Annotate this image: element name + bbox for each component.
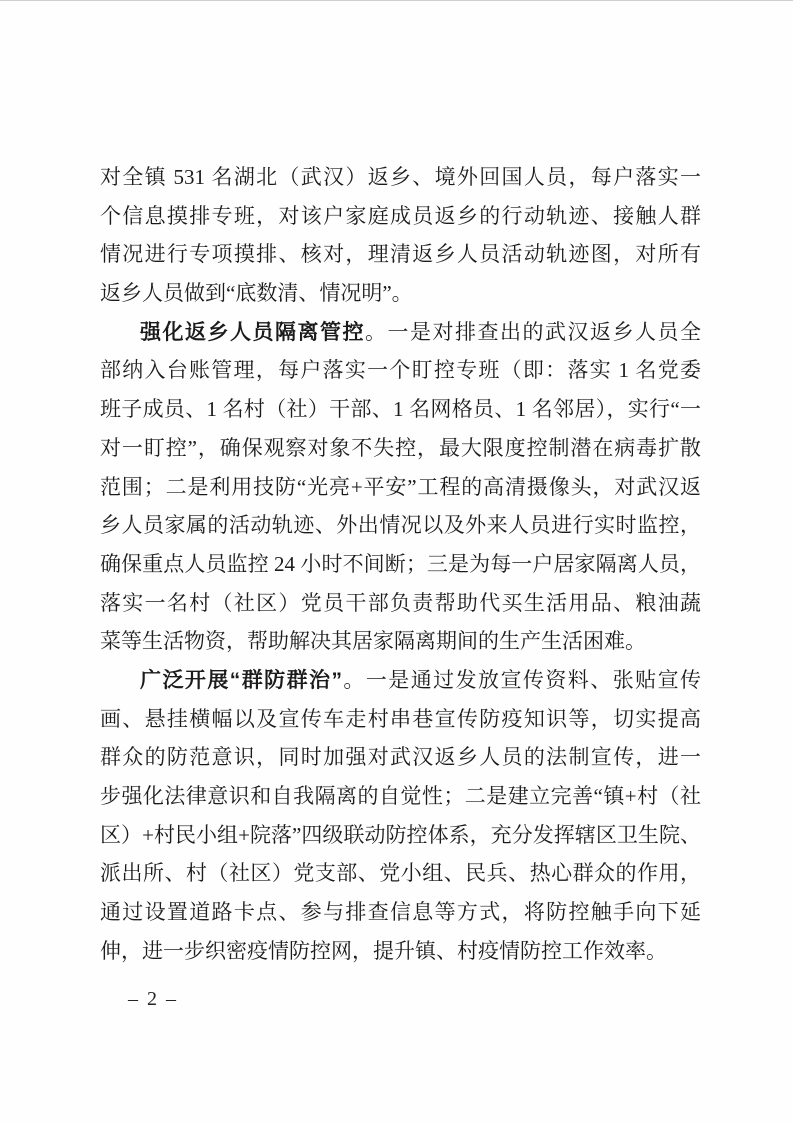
text-line: 强化返乡人员隔离管控。一是对排查出的武汉返乡人员全 (100, 313, 701, 352)
text-line: 步强化法律意识和自我隔离的自觉性；二是建立完善“镇+村（社 (100, 777, 701, 816)
text-line: 画、悬挂横幅以及宣传车走村串巷宣传防疫知识等，切实提高 (100, 700, 701, 739)
text-line: 对一盯控”，确保观察对象不失控，最大限度控制潜在病毒扩散 (100, 429, 701, 468)
text-line: 广泛开展“群防群治”。一是通过发放宣传资料、张贴宣传 (100, 661, 701, 700)
paragraph-heading-bold: 广泛开展“群防群治” (140, 669, 342, 692)
text-line: 对全镇 531 名湖北（武汉）返乡、境外回国人员，每户落实一 (100, 158, 701, 197)
text-line: 确保重点人员监控 24 小时不间断；三是为每一户居家隔离人员， (100, 545, 701, 584)
text-line: 返乡人员做到“底数清、情况明”。 (100, 274, 701, 313)
document-body: 对全镇 531 名湖北（武汉）返乡、境外回国人员，每户落实一 个信息摸排专班，对… (100, 158, 701, 970)
text-line: 情况进行专项摸排、核对，理清返乡人员活动轨迹图，对所有 (100, 235, 701, 274)
text-line: 落实一名村（社区）党员干部负责帮助代买生活用品、粮油蔬 (100, 584, 701, 623)
page-number: – 2 – (128, 988, 178, 1011)
text-line: 班子成员、1 名村（社）干部、1 名网格员、1 名邻居），实行“一 (100, 390, 701, 429)
document-page: 对全镇 531 名湖北（武汉）返乡、境外回国人员，每户落实一 个信息摸排专班，对… (0, 0, 793, 1122)
text-line: 范围；二是利用技防“光亮+平安”工程的高清摄像头，对武汉返 (100, 468, 701, 507)
text-line: 区）+村民小组+院落”四级联动防控体系，充分发挥辖区卫生院、 (100, 816, 701, 855)
text-line: 通过设置道路卡点、参与排查信息等方式，将防控触手向下延 (100, 893, 701, 932)
text-line: 部纳入台账管理，每户落实一个盯控专班（即：落实 1 名党委 (100, 351, 701, 390)
text-run: 。一是对排查出的武汉返乡人员全 (365, 320, 701, 344)
text-run: 。一是通过发放宣传资料、张贴宣传 (342, 668, 701, 692)
text-line: 派出所、村（社区）党支部、党小组、民兵、热心群众的作用， (100, 854, 701, 893)
paragraph-heading-bold: 强化返乡人员隔离管控 (140, 321, 365, 344)
scan-edge-line (0, 0, 793, 1)
text-line: 个信息摸排专班，对该户家庭成员返乡的行动轨迹、接触人群 (100, 197, 701, 236)
text-line: 乡人员家属的活动轨迹、外出情况以及外来人员进行实时监控， (100, 506, 701, 545)
text-line: 伸，进一步织密疫情防控网，提升镇、村疫情防控工作效率。 (100, 932, 701, 971)
text-line: 菜等生活物资，帮助解决其居家隔离期间的生产生活困难。 (100, 622, 701, 661)
text-line: 群众的防范意识，同时加强对武汉返乡人员的法制宣传，进一 (100, 738, 701, 777)
